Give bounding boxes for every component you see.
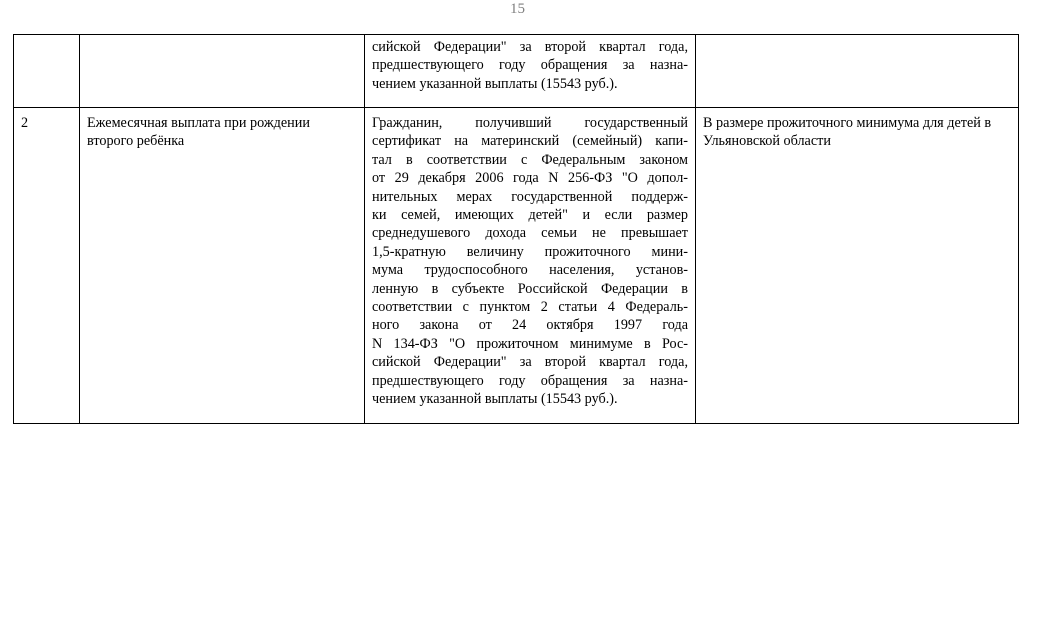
row-number-cell <box>14 35 80 108</box>
criteria-line: ного закона от 24 октября 1997 года <box>372 316 688 334</box>
criteria-line: мума трудоспособного населения, установ- <box>372 261 688 279</box>
criteria-line: чением указанной выплаты (15543 руб.). <box>372 75 688 93</box>
eligibility-criteria-cell: Гражданин, получивший государственныйсер… <box>365 108 696 424</box>
benefit-amount-cell: В размере прожиточного минимума для дете… <box>696 108 1019 424</box>
criteria-line: ки семей, имеющих детей" и если размер <box>372 206 688 224</box>
benefit-name-cell: Ежемесячная выплата при рождении второго… <box>80 108 365 424</box>
criteria-line: сертификат на материнский (семейный) кап… <box>372 132 688 150</box>
criteria-line: Гражданин, получивший государственный <box>372 114 688 132</box>
criteria-line: сийской Федерации" за второй квартал год… <box>372 38 688 56</box>
row-number-cell: 2 <box>14 108 80 424</box>
criteria-line: от 29 декабря 2006 года N 256-ФЗ "О допо… <box>372 169 688 187</box>
benefit-amount-cell <box>696 35 1019 108</box>
benefit-name-cell <box>80 35 365 108</box>
criteria-line: тал в соответствии с Федеральным законом <box>372 151 688 169</box>
page-number: 15 <box>0 1 1035 18</box>
criteria-line: сийской Федерации" за второй квартал год… <box>372 353 688 371</box>
criteria-line: нительных мерах государственной поддерж- <box>372 188 688 206</box>
table-row: сийской Федерации" за второй квартал год… <box>14 35 1019 108</box>
criteria-line: соответствии с пунктом 2 статьи 4 Федера… <box>372 298 688 316</box>
criteria-line: предшествующего году обращения за назна- <box>372 372 688 390</box>
benefits-table: сийской Федерации" за второй квартал год… <box>13 34 1019 424</box>
criteria-line: ленную в субъекте Российской Федерации в <box>372 280 688 298</box>
criteria-line: среднедушевого дохода семьи не превышает <box>372 224 688 242</box>
eligibility-criteria-cell: сийской Федерации" за второй квартал год… <box>365 35 696 108</box>
criteria-line: N 134-ФЗ "О прожиточном минимуме в Рос- <box>372 335 688 353</box>
criteria-line: предшествующего году обращения за назна- <box>372 56 688 74</box>
table-row: 2 Ежемесячная выплата при рождении второ… <box>14 108 1019 424</box>
criteria-line: чением указанной выплаты (15543 руб.). <box>372 390 688 408</box>
criteria-line: 1,5-кратную величину прожиточного мини- <box>372 243 688 261</box>
